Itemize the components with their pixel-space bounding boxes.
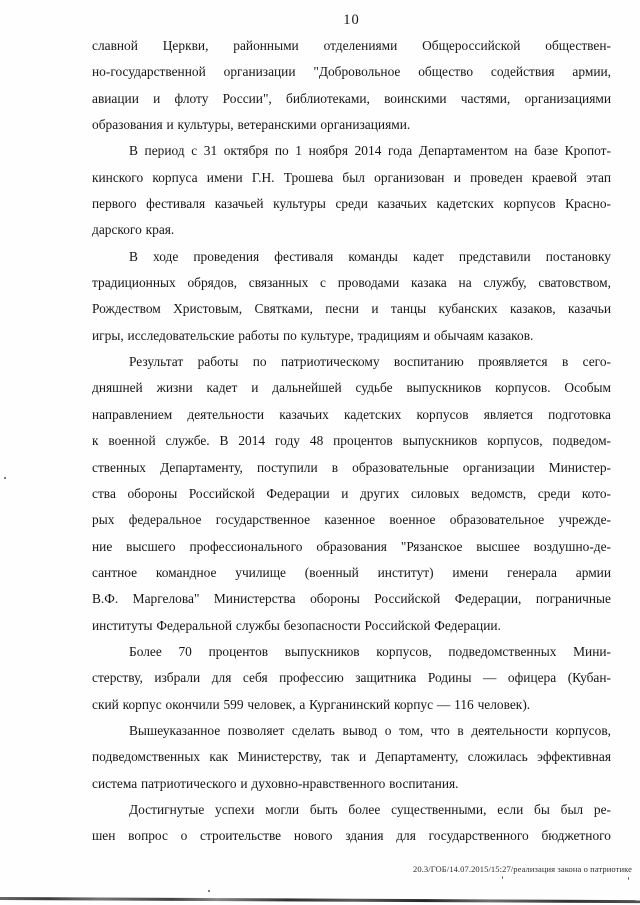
text-line: образования и культуры, ветеранскими орг…: [92, 112, 611, 138]
text-line: ский корпус окончили 599 человек, а Кург…: [92, 692, 611, 718]
text-line: славной Церкви, районными отделениями Об…: [92, 33, 611, 59]
text-line: стерству, избрали для себя профессию защ…: [92, 665, 611, 691]
text-line: традиционных обрядов, связанных с провод…: [92, 270, 611, 296]
scan-speck: [4, 477, 6, 479]
document-page: 10 славной Церкви, районными отделениями…: [0, 0, 640, 905]
text-line: институты Федеральной службы безопасност…: [92, 613, 611, 639]
text-block: славной Церкви, районными отделениями Об…: [92, 33, 611, 850]
footer-note: 20.3/ГОБ/14.07.2015/15:27/реализация зак…: [413, 864, 632, 874]
text-line: В период с 31 октября по 1 ноября 2014 г…: [92, 138, 611, 164]
text-line: первого фестиваля казачьей культуры сред…: [92, 191, 611, 217]
text-line: дняшней жизни кадет и дальнейшей судьбе …: [92, 375, 611, 401]
text-line: ние высшего профессионального образовани…: [92, 534, 611, 560]
text-line: Достигнутые успехи могли быть более суще…: [92, 797, 611, 823]
text-line: направлением деятельности казачьих кадет…: [92, 402, 611, 428]
text-line: Рождеством Христовым, Святками, песни и …: [92, 296, 611, 322]
text-line: Вышеуказанное позволяет сделать вывод о …: [92, 718, 611, 744]
text-line: В ходе проведения фестиваля команды каде…: [92, 244, 611, 270]
text-line: система патриотического и духовно-нравст…: [92, 771, 611, 797]
text-line: Более 70 процентов выпускников корпусов,…: [92, 639, 611, 665]
page-number: 10: [92, 12, 611, 29]
text-line: игры, исследовательские работы по культу…: [92, 323, 611, 349]
scan-artifact-line: [0, 897, 640, 903]
text-line: Результат работы по патриотическому восп…: [92, 349, 611, 375]
text-line: но-государственной организации "Добровол…: [92, 59, 611, 85]
text-line: дарского края.: [92, 217, 611, 243]
text-line: В.Ф. Маргелова" Министерства обороны Рос…: [92, 586, 611, 612]
text-line: кинского корпуса имени Г.Н. Трошева был …: [92, 165, 611, 191]
scan-speck: [208, 890, 210, 892]
scan-speck: [502, 876, 503, 879]
text-line: к военной службе. В 2014 году 48 процент…: [92, 428, 611, 454]
text-line: подведомственных как Министерству, так и…: [92, 744, 611, 770]
text-line: сантное командное училище (военный инсти…: [92, 560, 611, 586]
text-line: шен вопрос о строительстве нового здания…: [92, 823, 611, 849]
text-line: рых федеральное государственное казенное…: [92, 507, 611, 533]
text-line: ства обороны Российской Федерации и друг…: [92, 481, 611, 507]
text-line: ственных Департаменту, поступили в образ…: [92, 455, 611, 481]
scan-speck: [628, 877, 629, 880]
text-line: авиации и флоту России", библиотеками, в…: [92, 86, 611, 112]
